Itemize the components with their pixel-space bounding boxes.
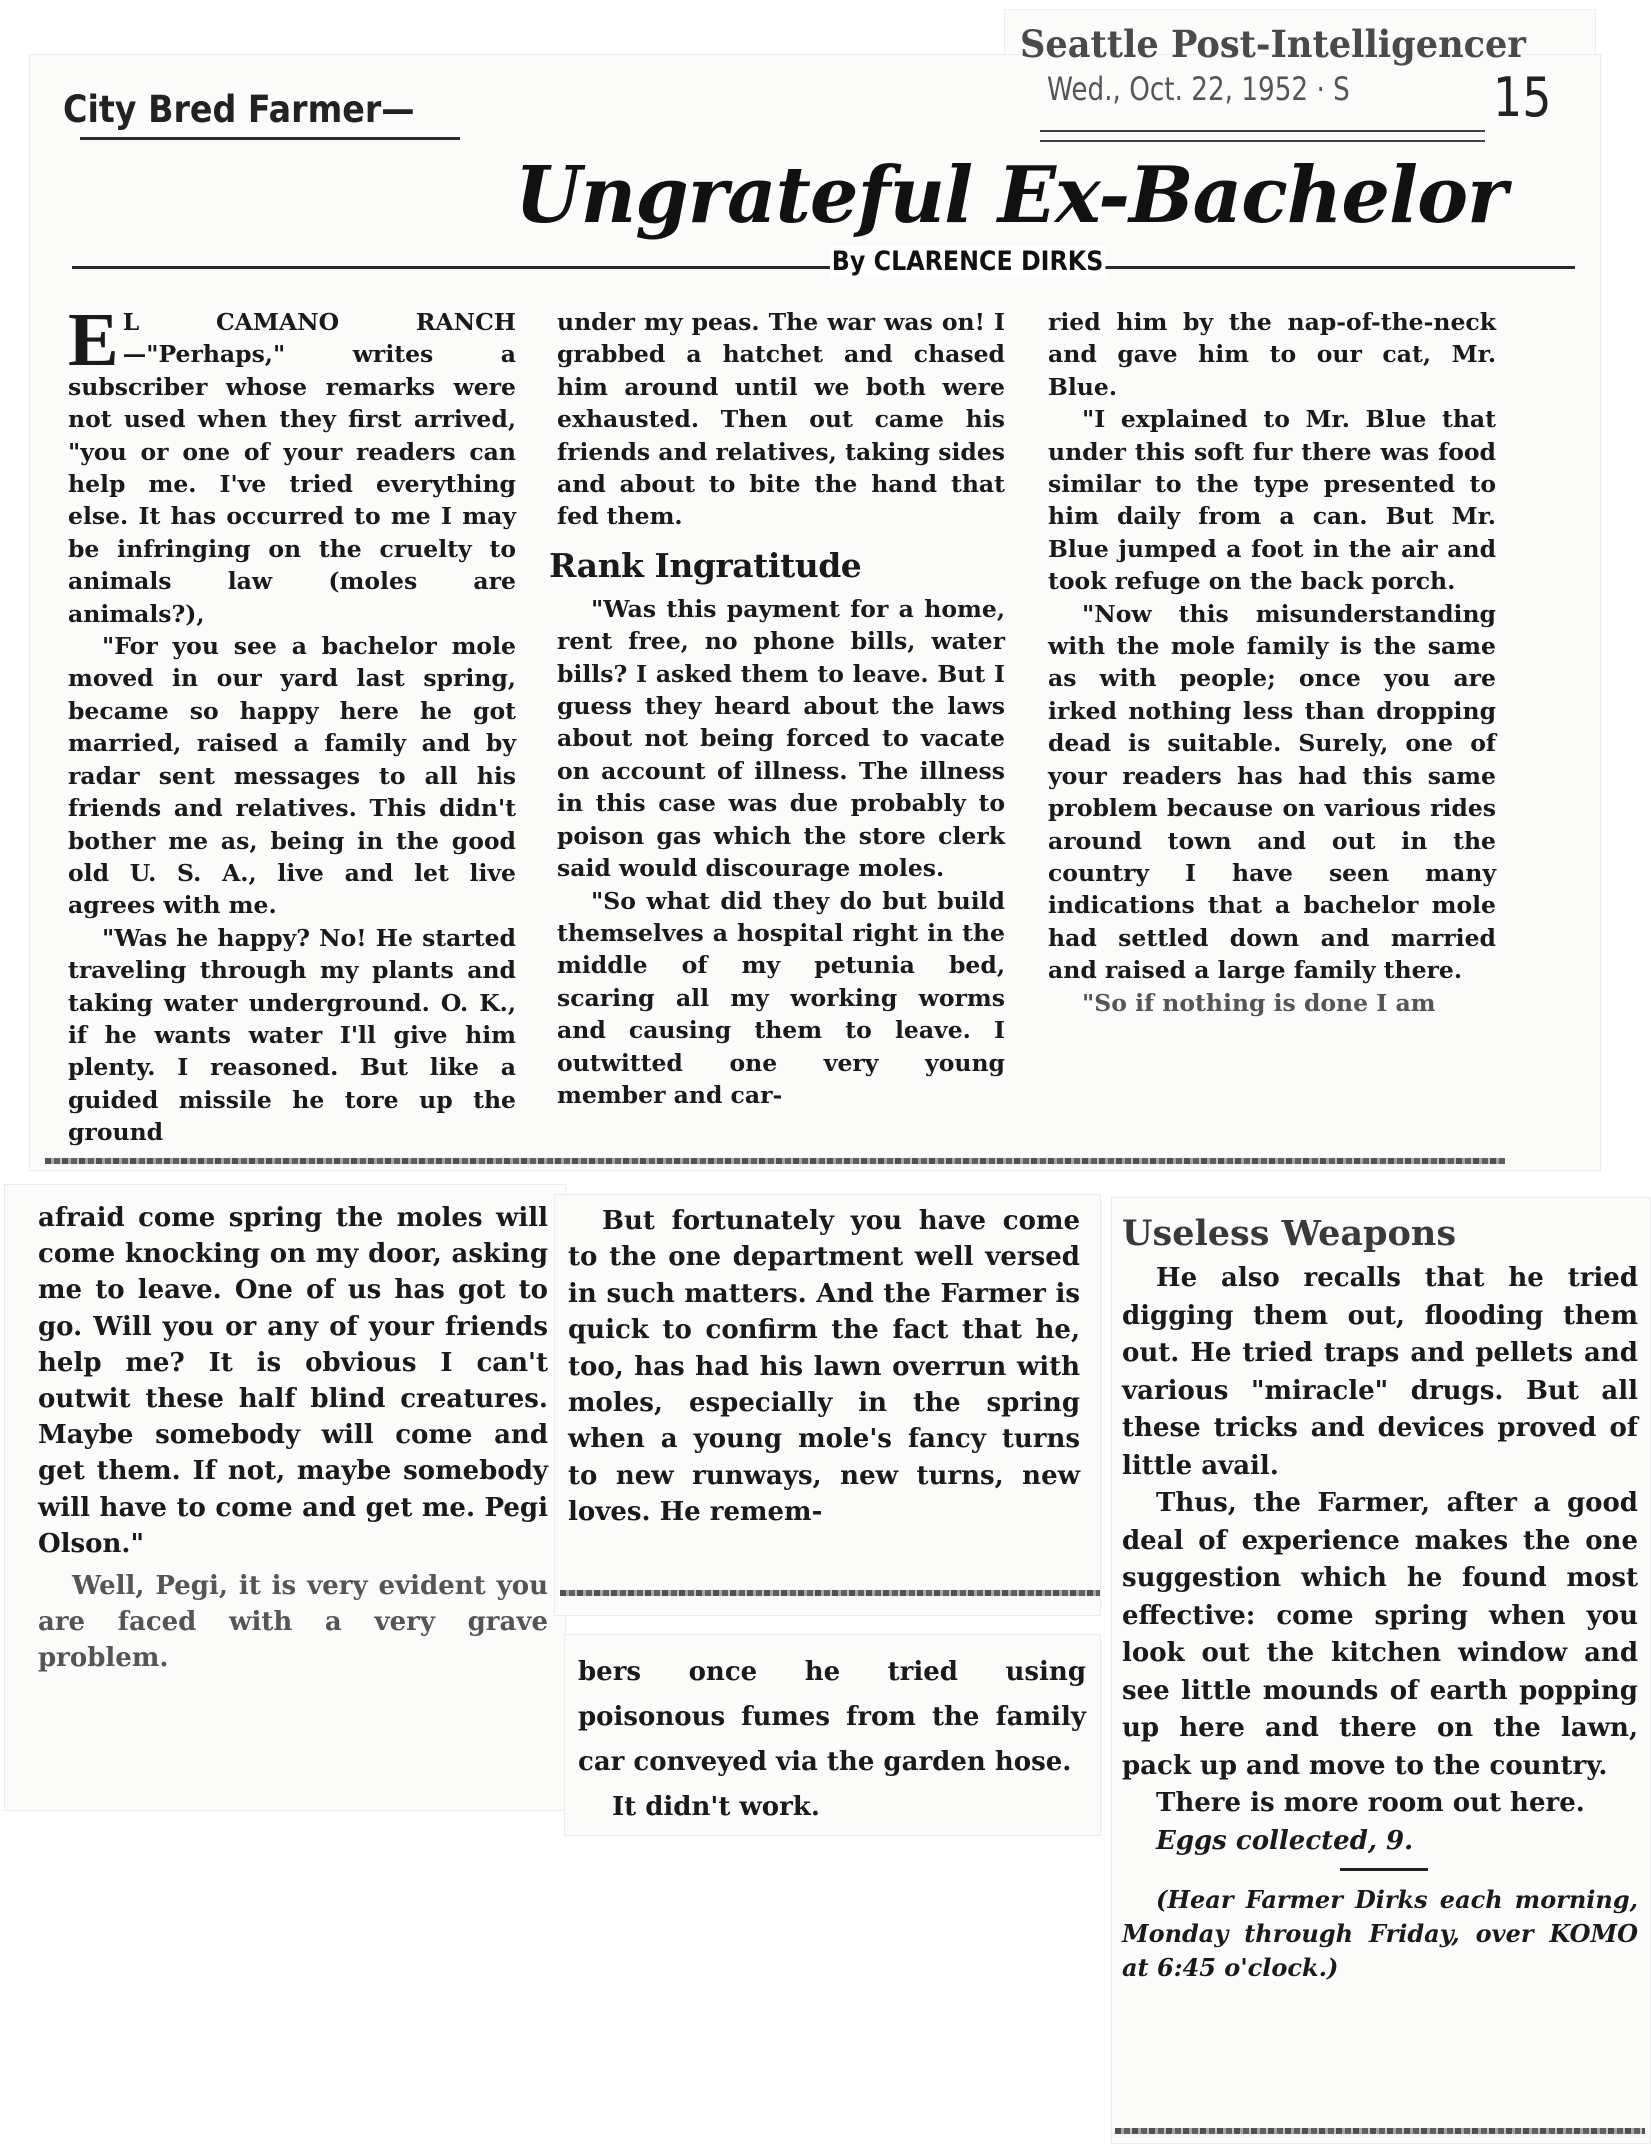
paragraph: There is more room out here. <box>1122 1785 1638 1823</box>
page-number: 15 <box>1493 66 1551 129</box>
headline: Ungrateful Ex-Bachelor <box>515 150 1506 241</box>
article-column-3: ried him by the nap-of-the-neck and gave… <box>1048 306 1496 1019</box>
radio-note: (Hear Farmer Dirks each morning, Monday … <box>1122 1883 1638 1985</box>
lower-left-column: afraid come spring the moles will come k… <box>38 1200 548 1677</box>
paragraph: afraid come spring the moles will come k… <box>38 1200 548 1562</box>
lower-right-bottom-rule <box>1115 2128 1645 2134</box>
paragraph: "For you see a bachelor mole moved in ou… <box>68 630 516 922</box>
paragraph: ried him by the nap-of-the-neck and gave… <box>1048 306 1496 403</box>
article-column-2: under my peas. The war was on! I grabbed… <box>557 306 1005 1111</box>
paragraph: He also recalls that he tried digging th… <box>1122 1260 1638 1485</box>
top-article-bottom-rule <box>45 1158 1505 1164</box>
article-column-1: EL CAMANO RANCH—"Perhaps," writes a subs… <box>68 306 516 1149</box>
subhead-useless-weapons: Useless Weapons <box>1122 1210 1638 1258</box>
masthead-rule-2 <box>1040 140 1485 142</box>
masthead-rule-1 <box>1040 130 1485 132</box>
date-line: Wed., Oct. 22, 1952 · S <box>1047 70 1350 108</box>
paragraph: "Now this misunderstanding with the mole… <box>1048 598 1496 987</box>
paragraph: "I explained to Mr. Blue that under this… <box>1048 403 1496 597</box>
paragraph: under my peas. The war was on! I grabbed… <box>557 306 1005 533</box>
paragraph: It didn't work. <box>578 1785 1086 1830</box>
paragraph: "Was he happy? No! He started traveling … <box>68 922 516 1149</box>
subhead-rank-ingratitude: Rank Ingratitude <box>549 543 1005 589</box>
lower-middle-top-column: But fortunately you have come to the one… <box>568 1203 1080 1531</box>
lower-right-column: Useless Weapons He also recalls that he … <box>1122 1210 1638 1985</box>
paragraph: bers once he tried using poisonous fumes… <box>578 1650 1086 1785</box>
column-title-underline <box>80 137 460 140</box>
lower-middle-bottom-column: bers once he tried using poisonous fumes… <box>578 1650 1086 1830</box>
paragraph: Thus, the Farmer, after a good deal of e… <box>1122 1485 1638 1785</box>
paragraph: "So what did they do but build themselve… <box>557 885 1005 1112</box>
newspaper-name: Seattle Post-Intelligencer <box>1020 22 1526 66</box>
lower-middle-rule <box>560 1590 1100 1596</box>
paragraph: But fortunately you have come to the one… <box>568 1203 1080 1531</box>
paragraph: "Was this payment for a home, rent free,… <box>557 593 1005 885</box>
paragraph: "So if nothing is done I am <box>1048 987 1496 1019</box>
eggs-collected-line: Eggs collected, 9. <box>1122 1823 1638 1861</box>
sign-off-rule <box>1340 1868 1428 1871</box>
drop-cap: E <box>68 310 119 370</box>
paragraph: L CAMANO RANCH—"Perhaps," writes a subsc… <box>68 308 516 628</box>
byline: By CLARENCE DIRKS <box>830 246 1105 277</box>
column-title: City Bred Farmer— <box>63 88 415 131</box>
byline-rule <box>72 266 1575 269</box>
paragraph: Well, Pegi, it is very evident you are f… <box>38 1568 548 1677</box>
